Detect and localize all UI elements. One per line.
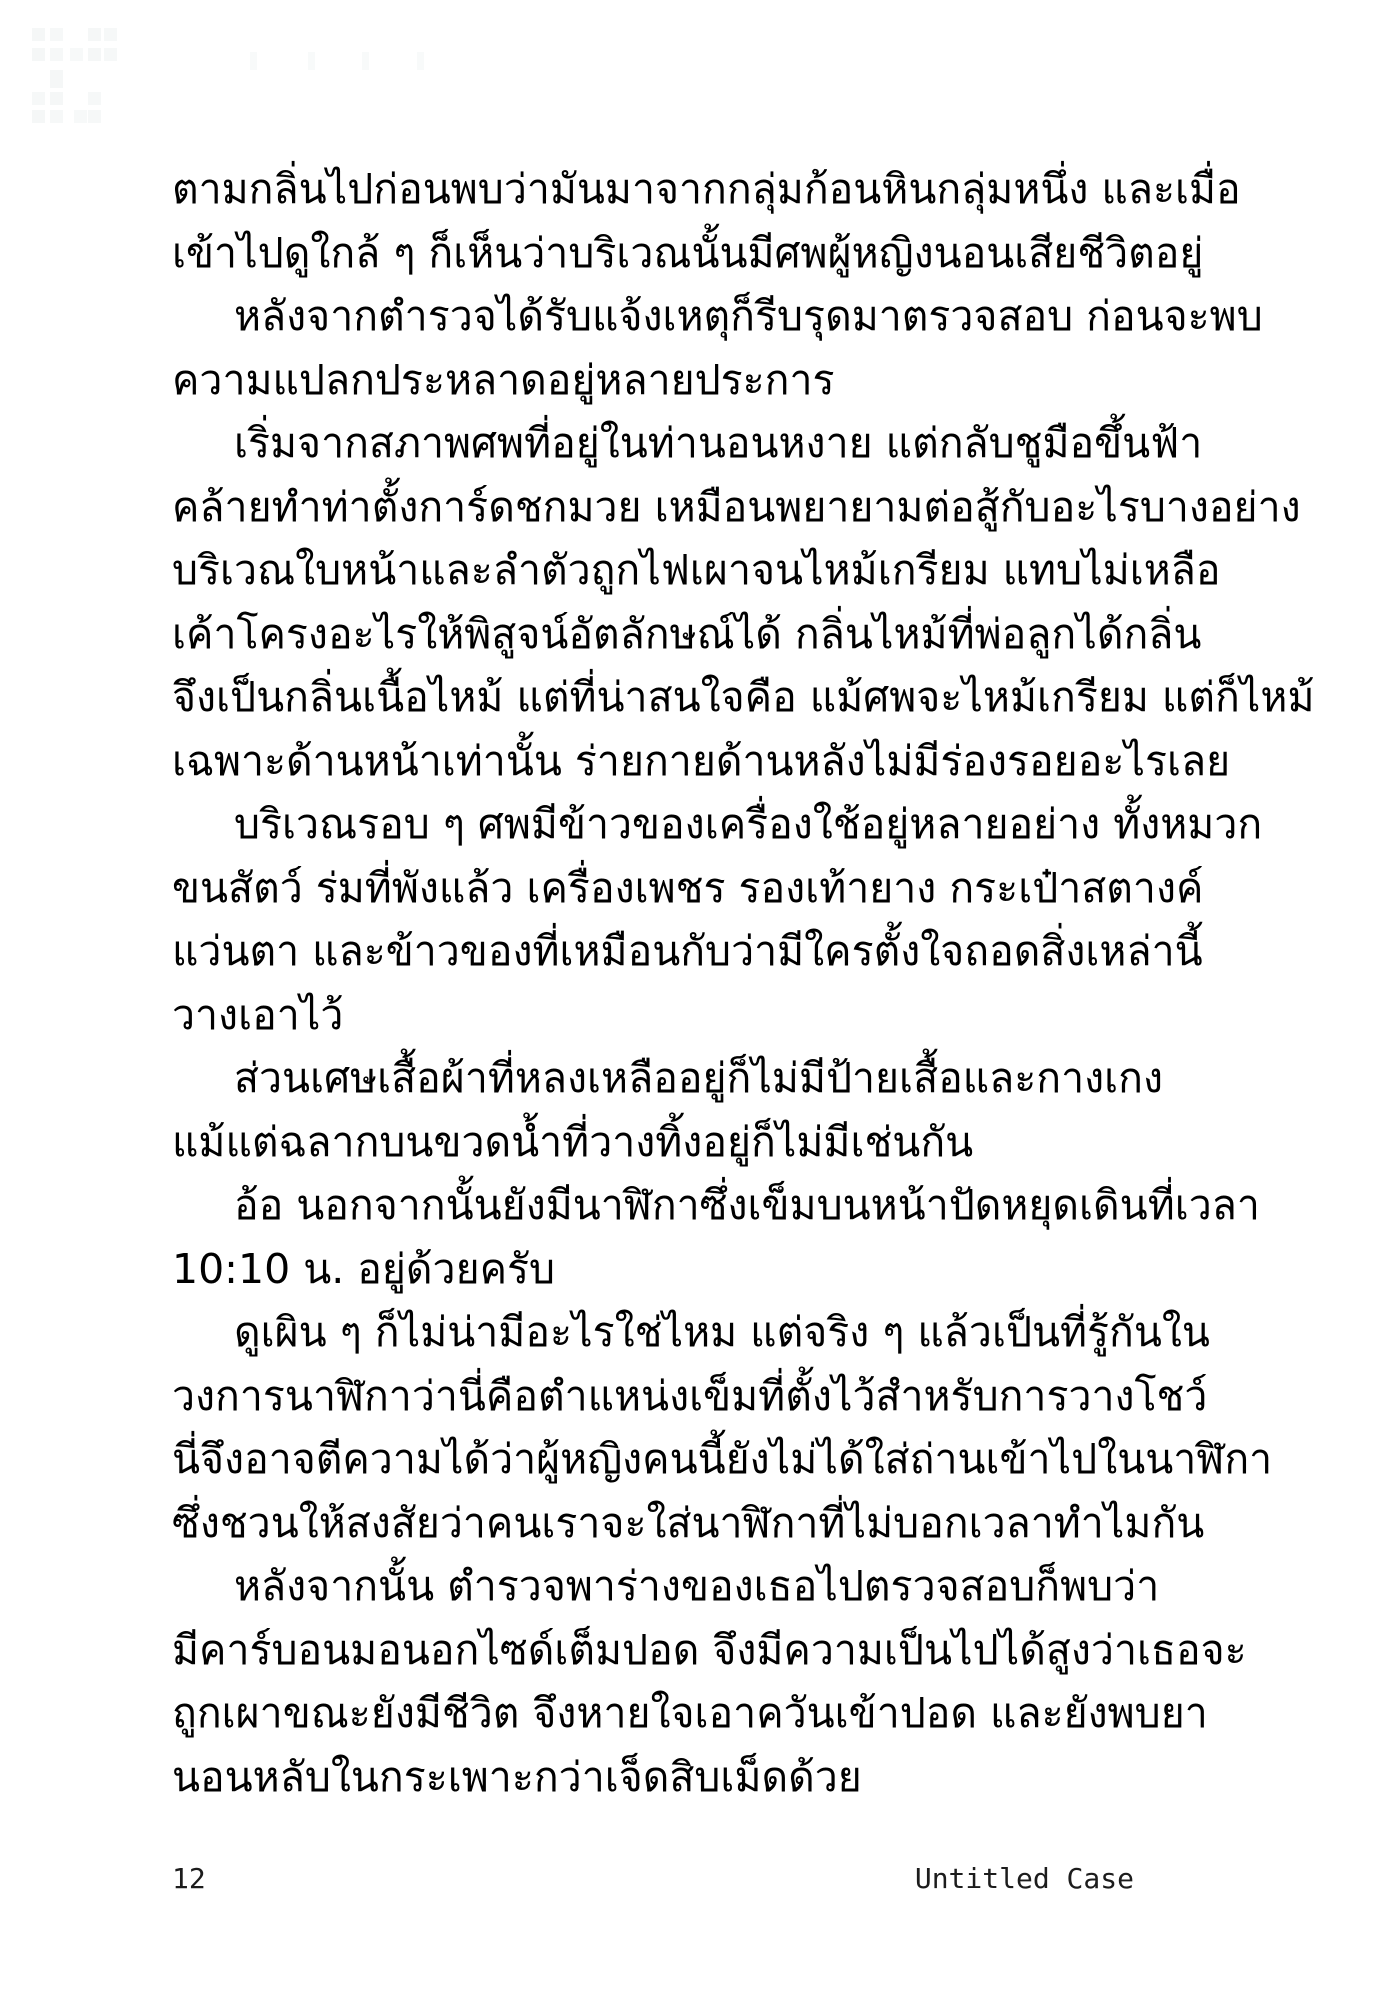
text-line: เฉพาะด้านหน้าเท่านั้น ร่ายกายด้านหลังไม่… bbox=[172, 730, 1147, 794]
text-line: เข้าไปดูใกล้ ๆ ก็เห็นว่าบริเวณนั้นมีศพผู… bbox=[172, 222, 1147, 286]
text-line: แม้แต่ฉลากบนขวดน้ำที่วางทิ้งอยู่ก็ไม่มีเ… bbox=[172, 1111, 1147, 1175]
text-line: จึงเป็นกลิ่นเนื้อไหม้ แต่ที่น่าสนใจคือ แ… bbox=[172, 666, 1147, 730]
text-line: ซึ่งชวนให้สงสัยว่าคนเราจะใส่นาฬิกาที่ไม่… bbox=[172, 1492, 1147, 1556]
text-line: เค้าโครงอะไรให้พิสูจน์อัตลักษณ์ได้ กลิ่น… bbox=[172, 603, 1147, 667]
text-line: หลังจากตำรวจได้รับแจ้งเหตุก็รีบรุดมาตรวจ… bbox=[172, 285, 1147, 349]
print-through-mark bbox=[50, 92, 63, 105]
running-title: Untitled Case bbox=[915, 1862, 1134, 1895]
print-through-mark bbox=[50, 28, 63, 41]
print-through-mark bbox=[74, 110, 87, 123]
text-line: แว่นตา และข้าวของที่เหมือนกับว่ามีใครตั้… bbox=[172, 920, 1147, 984]
print-through-mark bbox=[88, 48, 101, 61]
print-through-mark bbox=[70, 48, 83, 61]
text-line: หลังจากนั้น ตำรวจพาร่างของเธอไปตรวจสอบก็… bbox=[172, 1555, 1147, 1619]
print-through-mark bbox=[417, 52, 424, 70]
text-line: ส่วนเศษเสื้อผ้าที่หลงเหลืออยู่ก็ไม่มีป้า… bbox=[172, 1047, 1147, 1111]
text-line: บริเวณรอบ ๆ ศพมีข้าวของเครื่องใช้อยู่หลา… bbox=[172, 793, 1147, 857]
text-line: คล้ายทำท่าตั้งการ์ดชกมวย เหมือนพยายามต่อ… bbox=[172, 476, 1147, 540]
text-line: อ้อ นอกจากนั้นยังมีนาฬิกาซึ่งเข็มบนหน้าป… bbox=[172, 1174, 1147, 1238]
text-line: ขนสัตว์ ร่มที่พังแล้ว เครื่องเพชร รองเท้… bbox=[172, 857, 1147, 921]
text-line: ดูเผิน ๆ ก็ไม่น่ามีอะไรใช่ไหม แต่จริง ๆ … bbox=[172, 1301, 1147, 1365]
page-number: 12 bbox=[172, 1862, 206, 1895]
print-through-mark bbox=[104, 28, 117, 41]
body-text-block: ตามกลิ่นไปก่อนพบว่ามันมาจากกลุ่มก้อนหินก… bbox=[172, 158, 1147, 1809]
text-line: ความแปลกประหลาดอยู่หลายประการ bbox=[172, 349, 1147, 413]
text-line: บริเวณใบหน้าและลำตัวถูกไฟเผาจนไหม้เกรียม… bbox=[172, 539, 1147, 603]
print-through-mark bbox=[32, 92, 45, 105]
book-page: ตามกลิ่นไปก่อนพบว่ามันมาจากกลุ่มก้อนหินก… bbox=[0, 0, 1400, 2016]
print-through-mark bbox=[50, 110, 63, 123]
print-through-mark bbox=[308, 52, 315, 70]
text-line: วางเอาไว้ bbox=[172, 984, 1147, 1048]
print-through-mark bbox=[88, 28, 101, 41]
text-line: นอนหลับในกระเพาะกว่าเจ็ดสิบเม็ดด้วย bbox=[172, 1746, 1147, 1810]
print-through-mark bbox=[362, 52, 369, 70]
text-line: มีคาร์บอนมอนอกไซด์เต็มปอด จึงมีความเป็นไ… bbox=[172, 1619, 1147, 1683]
text-line: วงการนาฬิกาว่านี่คือตำแหน่งเข็มที่ตั้งไว… bbox=[172, 1365, 1147, 1429]
print-through-mark bbox=[88, 92, 101, 105]
print-through-mark bbox=[88, 110, 101, 123]
print-through-mark bbox=[32, 48, 45, 61]
print-through-mark bbox=[250, 52, 257, 70]
print-through-mark bbox=[50, 70, 63, 88]
text-line: ตามกลิ่นไปก่อนพบว่ามันมาจากกลุ่มก้อนหินก… bbox=[172, 158, 1147, 222]
text-line: 10:10 น. อยู่ด้วยครับ bbox=[172, 1238, 1147, 1302]
print-through-mark bbox=[32, 110, 45, 123]
text-line: ถูกเผาขณะยังมีชีวิต จึงหายใจเอาควันเข้าป… bbox=[172, 1682, 1147, 1746]
print-through-mark bbox=[50, 48, 63, 61]
page-footer: 12 Untitled Case bbox=[172, 1862, 1134, 1895]
print-through-mark bbox=[32, 28, 45, 41]
text-line: เริ่มจากสภาพศพที่อยู่ในท่านอนหงาย แต่กลั… bbox=[172, 412, 1147, 476]
print-through-mark bbox=[104, 48, 117, 61]
text-line: นี่จึงอาจตีความได้ว่าผู้หญิงคนนี้ยังไม่ไ… bbox=[172, 1428, 1147, 1492]
